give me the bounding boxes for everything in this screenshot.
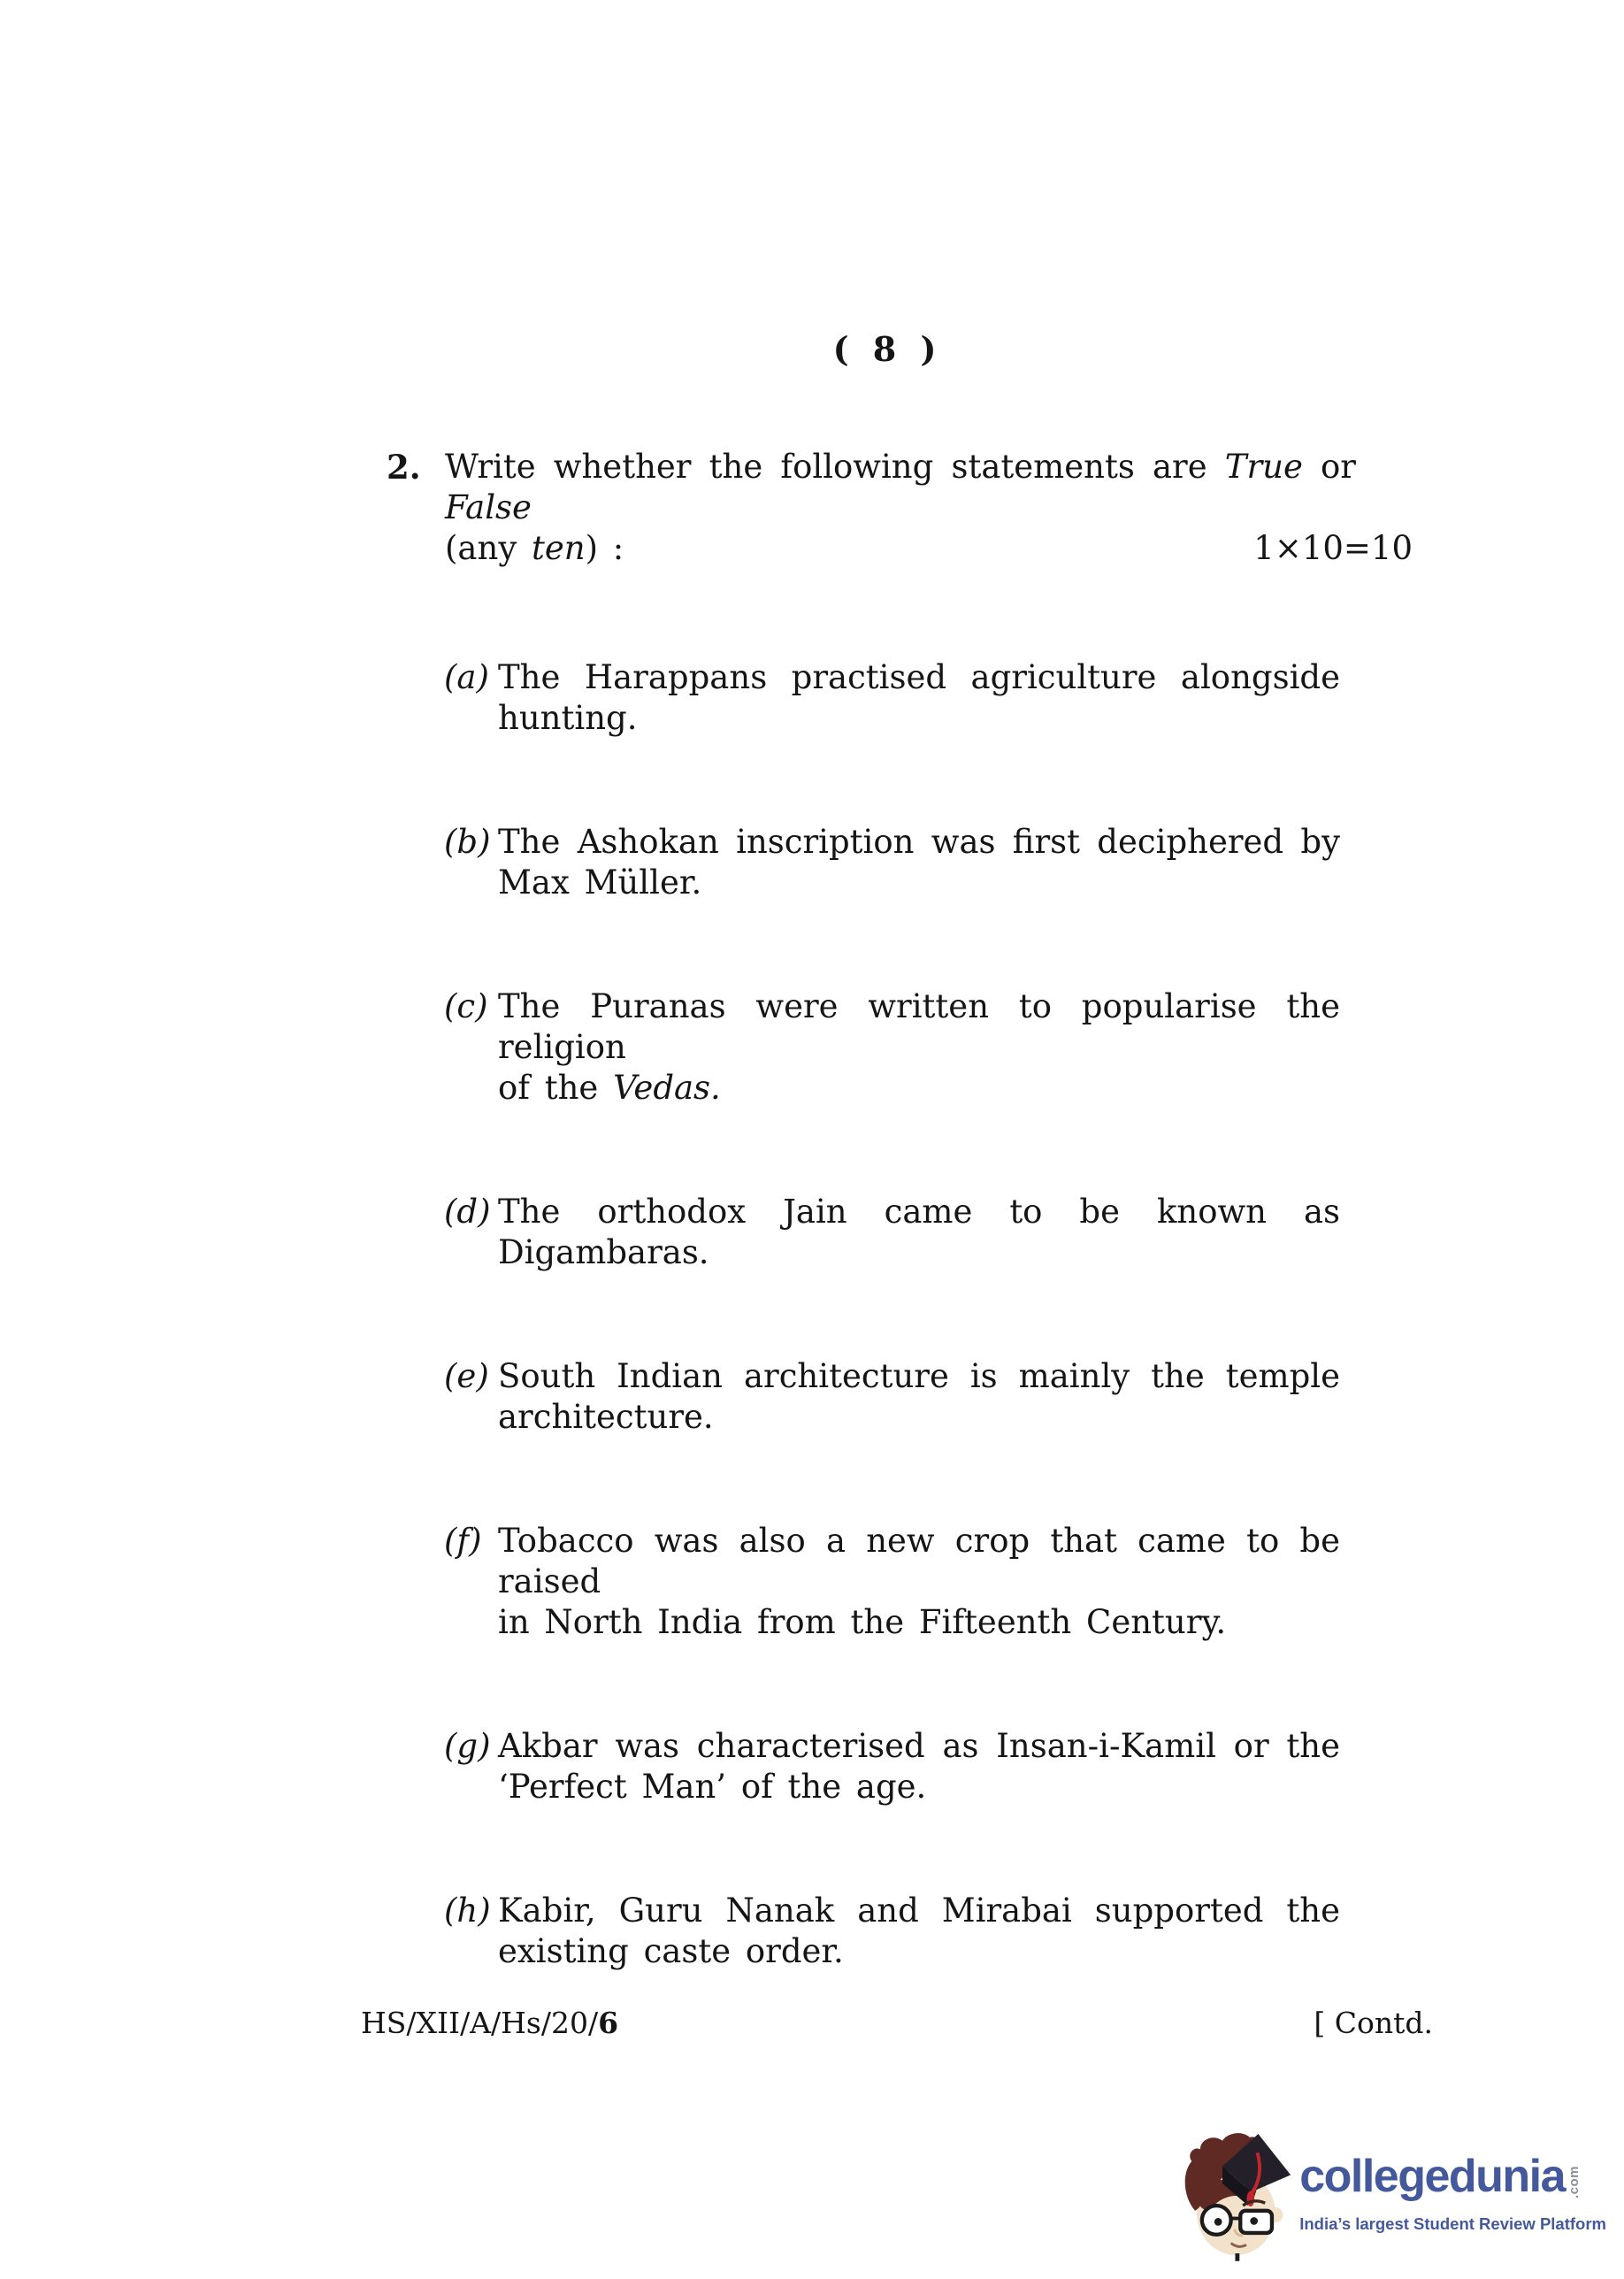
logo-domain-text: .com: [1567, 2166, 1581, 2198]
logo-brand-text: collegedunia: [1299, 2155, 1565, 2198]
statement-text: Kabir, Guru Nanak and Mirabai supported …: [498, 1891, 1340, 1972]
logo-text: collegedunia .com India’s largest Studen…: [1299, 2155, 1606, 2244]
statement-label: (e): [444, 1356, 489, 1397]
statement-text: The orthodox Jain came to be known as Di…: [498, 1192, 1340, 1273]
footer-document-code: HS/XII/A/Hs/20/6: [361, 2006, 618, 2041]
statement-item-e: (e) South Indian architecture is mainly …: [444, 1356, 1624, 1438]
statement-label: (b): [444, 822, 491, 863]
mascot-right-eye: [1251, 2217, 1259, 2225]
statement-text: The Puranas were written to popularise t…: [498, 986, 1340, 1109]
statement-item-c: (c) The Puranas were written to populari…: [444, 986, 1624, 1109]
statement-item-f: (f) Tobacco was also a new crop that cam…: [444, 1521, 1624, 1643]
statement-text: The Ashokan inscription was first deciph…: [498, 822, 1340, 903]
exam-paper-page: ( 8 ) 2. Write whether the following sta…: [0, 0, 1624, 2279]
question-number: 2.: [387, 447, 421, 487]
collegedunia-logo: collegedunia .com India’s largest Studen…: [1175, 2128, 1606, 2272]
mascot-left-eye: [1214, 2218, 1222, 2226]
statement-label: (h): [444, 1891, 491, 1931]
statement-label: (d): [444, 1192, 491, 1232]
question-2: 2. Write whether the following statement…: [387, 447, 1624, 569]
statement-label: (a): [444, 657, 489, 698]
statement-text: Akbar was characterised as Insan-i-Kamil…: [498, 1726, 1340, 1807]
statement-text: The Harappans practised agriculture alon…: [498, 657, 1340, 739]
statement-item-g: (g) Akbar was characterised as Insan-i-K…: [444, 1726, 1624, 1807]
question-text-line-1: Write whether the following statements a…: [445, 447, 1356, 528]
statement-item-a: (a) The Harappans practised agriculture …: [444, 657, 1624, 739]
footer-contd: [ Contd.: [1314, 2006, 1433, 2041]
page-number: ( 8 ): [73, 329, 1624, 370]
page-footer: HS/XII/A/Hs/20/6 [ Contd.: [361, 2006, 1433, 2041]
statement-text: South Indian architecture is mainly the …: [498, 1356, 1340, 1438]
statements-list: (a) The Harappans practised agriculture …: [444, 657, 1624, 1972]
logo-tagline: India’s largest Student Review Platform: [1299, 2204, 1606, 2244]
statement-item-b: (b) The Ashokan inscription was first de…: [444, 822, 1624, 903]
mascot-icon: [1175, 2128, 1294, 2272]
statement-label: (f): [444, 1521, 482, 1562]
statement-item-d: (d) The orthodox Jain came to be known a…: [444, 1192, 1624, 1273]
question-text-line-2: (any ten) : 1×10=10: [445, 528, 1413, 569]
marks-label: 1×10=10: [1253, 528, 1413, 569]
question-text-line-2-left: (any ten) :: [445, 528, 624, 569]
statement-label: (c): [444, 986, 488, 1027]
mascot-chin-mark: [1236, 2253, 1240, 2261]
question-content: Write whether the following statements a…: [445, 447, 1624, 569]
statement-label: (g): [444, 1726, 491, 1767]
statement-text: Tobacco was also a new crop that came to…: [498, 1521, 1340, 1643]
statement-item-h: (h) Kabir, Guru Nanak and Mirabai suppor…: [444, 1891, 1624, 1972]
